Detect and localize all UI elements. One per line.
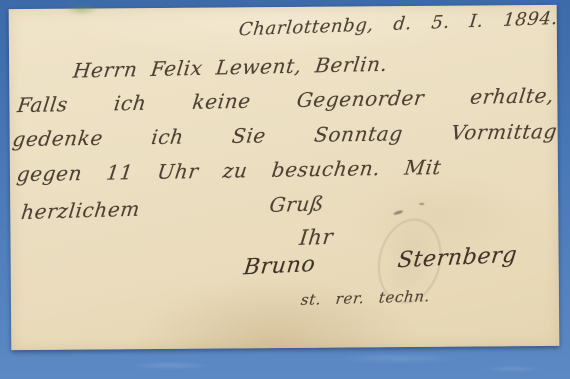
scanned-postcard-image: Charlottenbg, d. 5. I. 1894. Herrn Felix…: [0, 0, 570, 379]
blue-mat-background: [0, 345, 570, 379]
closing-line: herzlichem Gruß: [20, 191, 325, 224]
body-line-3: gegen 11 Uhr zu besuchen. Mit: [15, 155, 442, 186]
green-smudge-mark: [65, 5, 99, 15]
recipient-line: Herrn Felix Lewent, Berlin.: [72, 52, 389, 83]
ink-blot: [419, 203, 424, 205]
date-line: Charlottenbg, d. 5. I. 1894.: [238, 8, 559, 40]
title-line: st. rer. techn.: [300, 287, 431, 309]
body-line-2: gedenke ich Sie Sonntag Vormittag: [11, 119, 558, 151]
closing-ihr-line: Ihr: [298, 225, 334, 250]
body-line-1: Falls ich keine Gegenorder erhalte,: [16, 83, 556, 117]
postcard: Charlottenbg, d. 5. I. 1894. Herrn Felix…: [9, 5, 560, 350]
ink-blot: [393, 210, 403, 216]
